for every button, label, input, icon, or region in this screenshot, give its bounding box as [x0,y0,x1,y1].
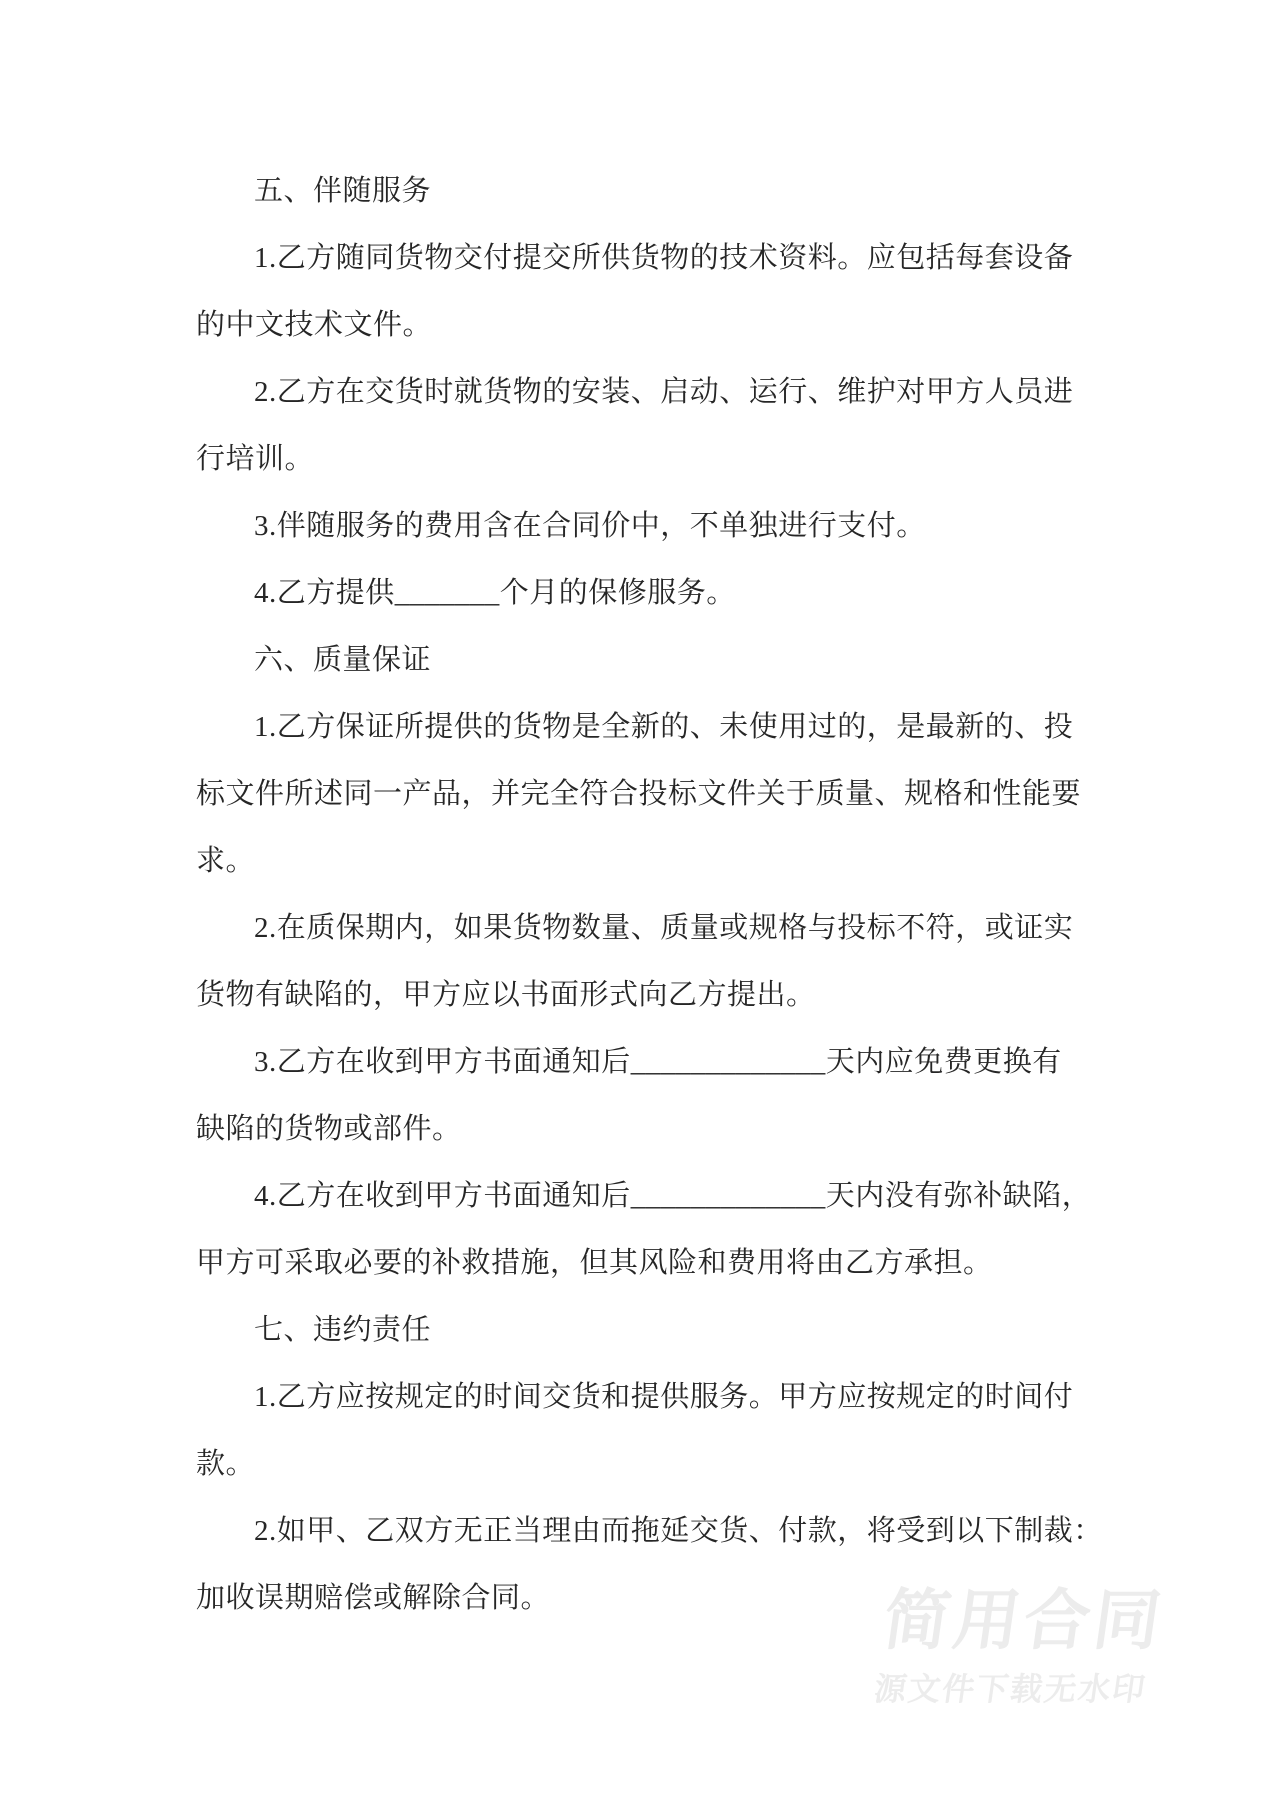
contract-line-with-blank: 4.乙方在收到甲方书面通知后_____________天内没有弥补缺陷， [196,1163,1086,1230]
section-6-heading: 六、质量保证 [196,627,1086,694]
contract-line: 1.乙方保证所提供的货物是全新的、未使用过的，是最新的、投 [196,694,1086,761]
watermark-logo-text: 简用合同 [880,1588,1199,1652]
contract-line: 3.伴随服务的费用含在合同价中，不单独进行支付。 [196,493,1086,560]
contract-line: 2.在质保期内，如果货物数量、质量或规格与投标不符，或证实 [196,895,1086,962]
watermark: 简用合同 源文件下载无水印 [872,1588,1199,1706]
contract-line: 2.乙方在交货时就货物的安装、启动、运行、维护对甲方人员进 [196,359,1086,426]
contract-line: 1.乙方应按规定的时间交货和提供服务。甲方应按规定的时间付 [196,1364,1086,1431]
contract-page: 五、伴随服务 1.乙方随同货物交付提交所供货物的技术资料。应包括每套设备 的中文… [0,0,1280,1810]
contract-line: 甲方可采取必要的补救措施，但其风险和费用将由乙方承担。 [196,1230,1086,1297]
contract-line: 1.乙方随同货物交付提交所供货物的技术资料。应包括每套设备 [196,225,1086,292]
contract-line-with-blank: 4.乙方提供_______个月的保修服务。 [196,560,1086,627]
contract-line-with-blank: 3.乙方在收到甲方书面通知后_____________天内应免费更换有 [196,1029,1086,1096]
contract-line: 2.如甲、乙双方无正当理由而拖延交货、付款，将受到以下制裁： [196,1498,1086,1565]
watermark-subtitle: 源文件下载无水印 [872,1673,1187,1706]
contract-line: 货物有缺陷的，甲方应以书面形式向乙方提出。 [196,962,1086,1029]
contract-line: 求。 [196,828,1086,895]
contract-line: 的中文技术文件。 [196,292,1086,359]
contract-line: 缺陷的货物或部件。 [196,1096,1086,1163]
section-7-heading: 七、违约责任 [196,1297,1086,1364]
contract-line: 款。 [196,1431,1086,1498]
section-5-heading: 五、伴随服务 [196,158,1086,225]
contract-body: 五、伴随服务 1.乙方随同货物交付提交所供货物的技术资料。应包括每套设备 的中文… [196,158,1086,1632]
contract-line: 行培训。 [196,426,1086,493]
contract-line: 标文件所述同一产品，并完全符合投标文件关于质量、规格和性能要 [196,761,1086,828]
